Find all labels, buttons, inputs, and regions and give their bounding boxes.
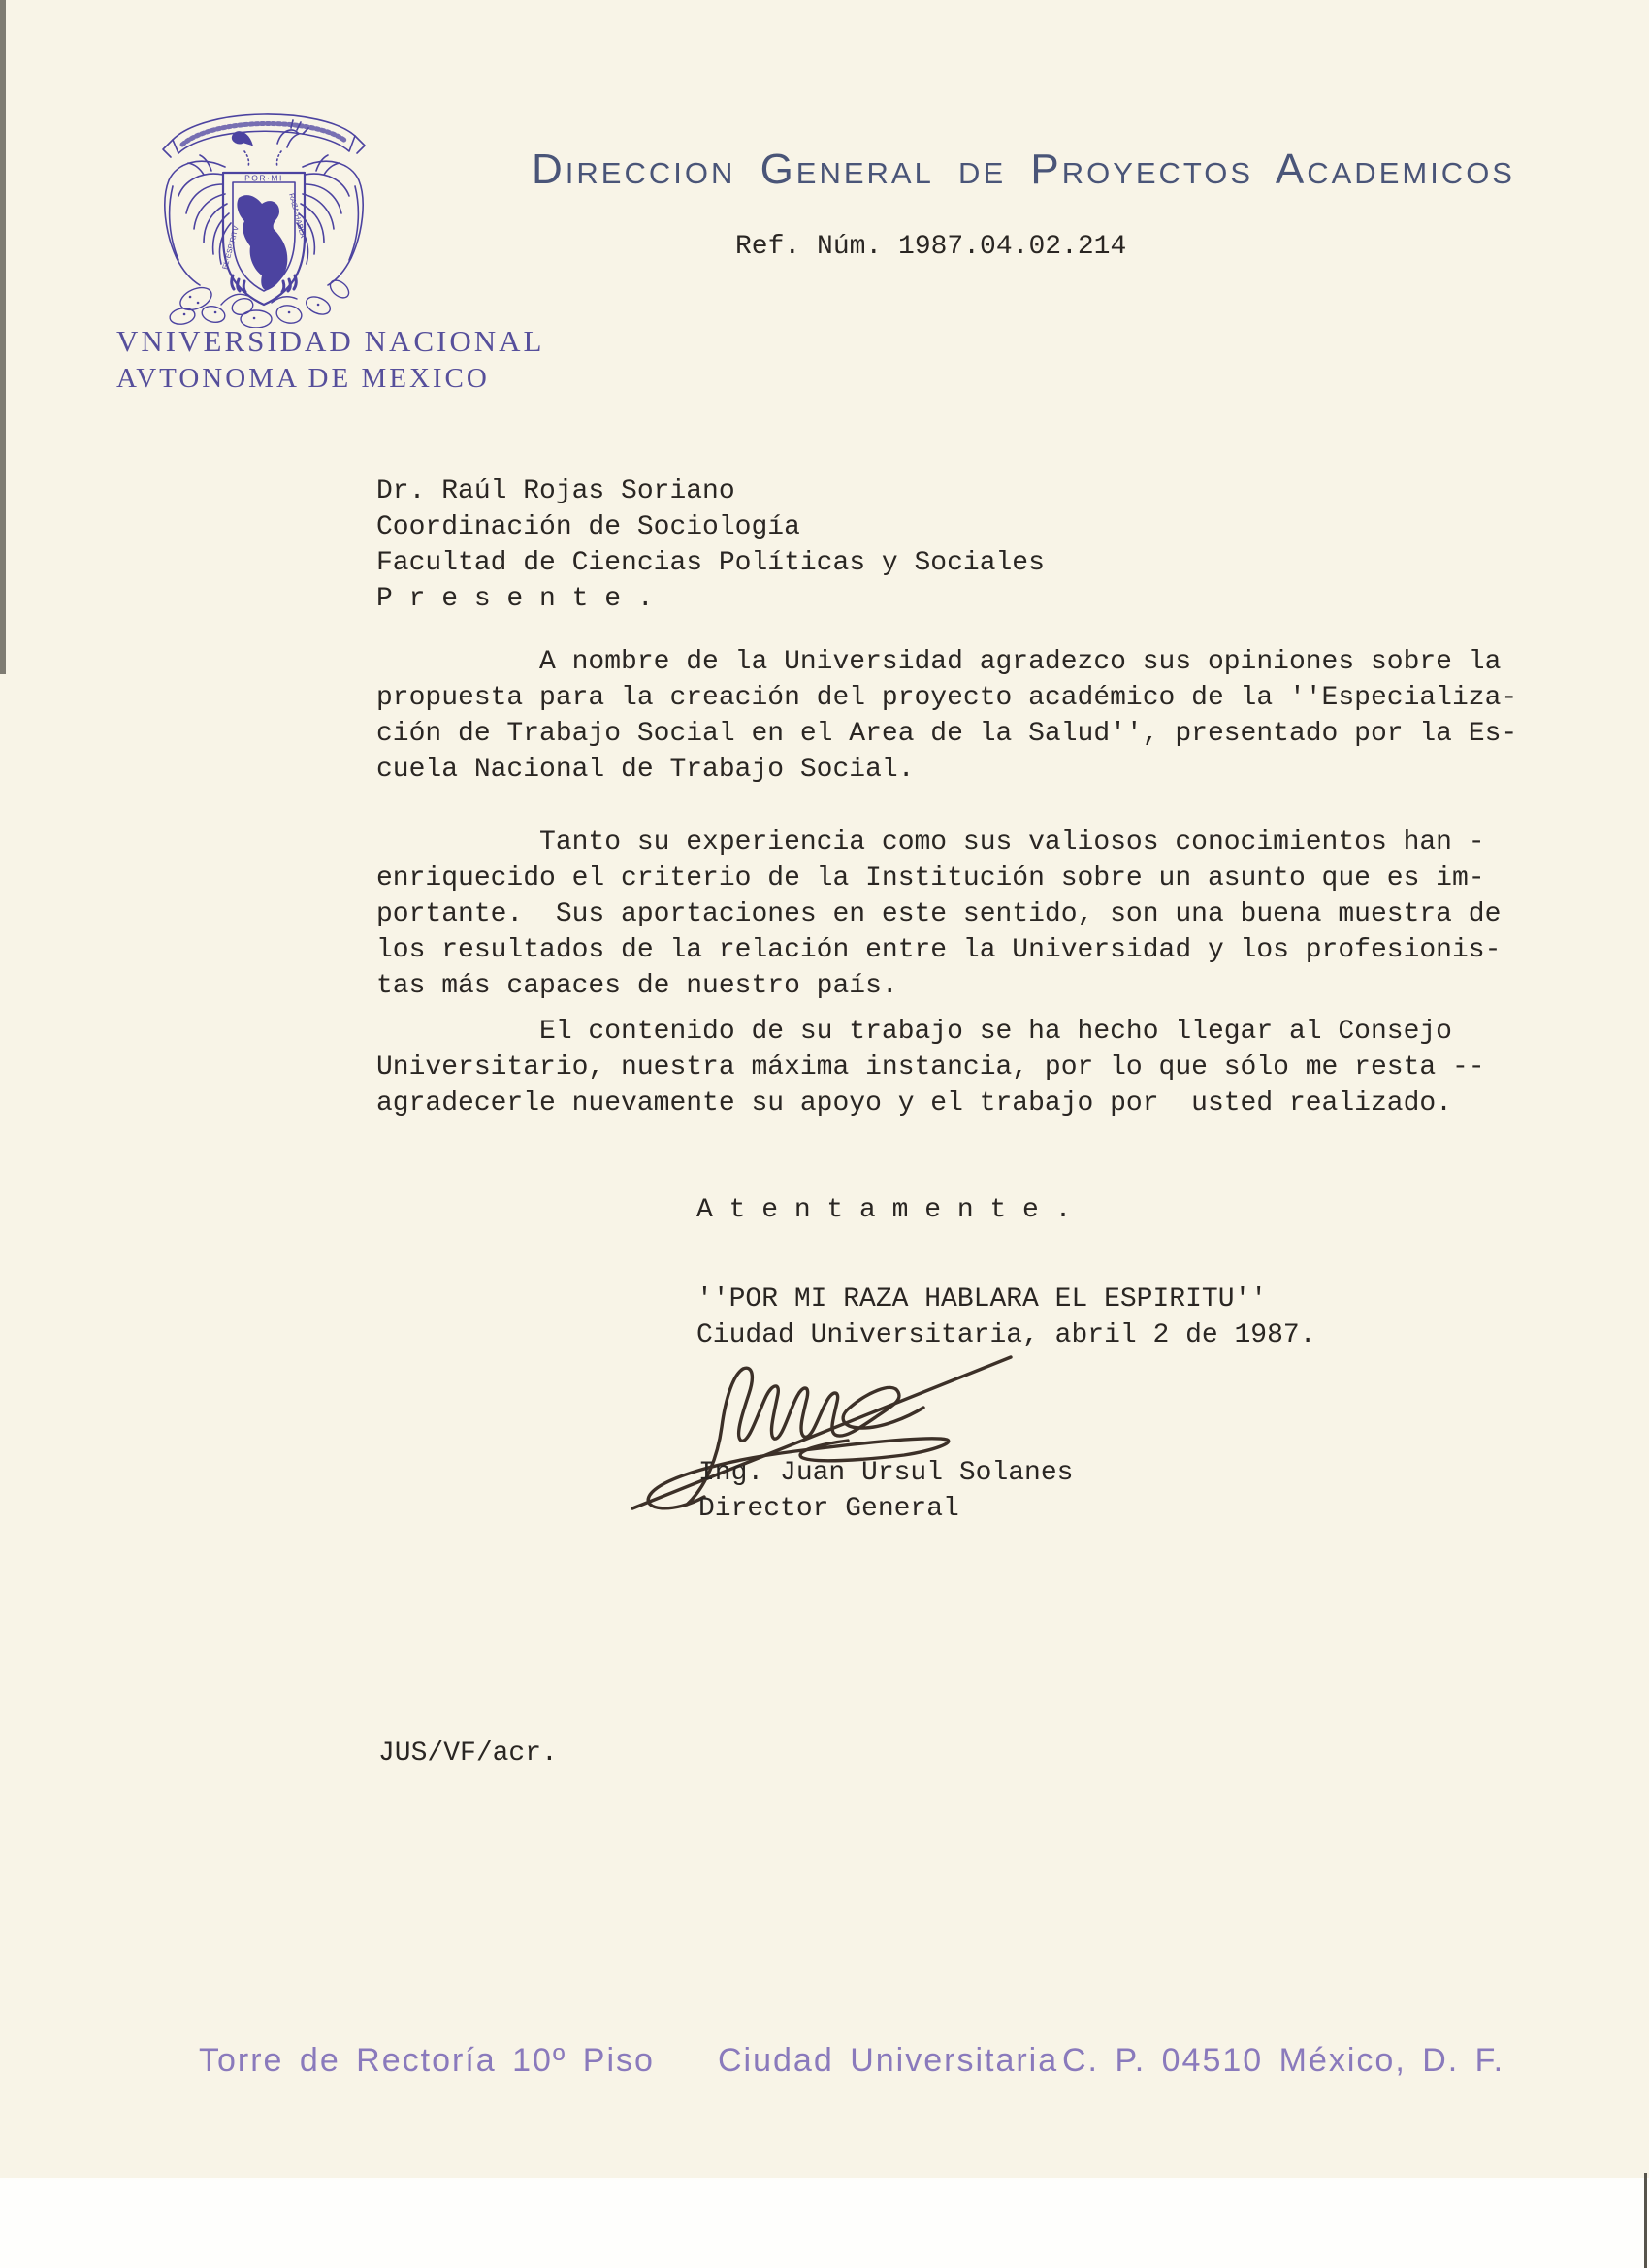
footer-campus: Ciudad Universitaria [718, 2042, 1058, 2080]
body-paragraph-3: El contenido de su trabajo se ha hecho l… [376, 1014, 1485, 1121]
scan-bottom-strip [0, 2178, 1649, 2268]
body-paragraph-2: Tanto su experiencia como sus valiosos c… [376, 825, 1501, 1004]
scanned-letter-page: POR·MI EL·ESPIRITV RAZA·HABLA VNIVERSIDA… [0, 0, 1649, 2268]
footer-building: Torre de Rectoría 10º Piso [199, 2042, 655, 2080]
unam-coat-of-arms-icon: POR·MI EL·ESPIRITV RAZA·HABLA [147, 85, 380, 328]
reference-number: Ref. Núm. 1987.04.02.214 [735, 229, 1126, 265]
scan-left-edge-artifact [0, 0, 6, 674]
signer-name: Ing. Juan Ursul Solanes [698, 1455, 1073, 1491]
typist-initials: JUS/VF/acr. [378, 1735, 558, 1771]
closing-motto: ''POR MI RAZA HABLARA EL ESPIRITU'' [696, 1281, 1267, 1317]
footer-postal: C. P. 04510 México, D. F. [1062, 2042, 1504, 2080]
university-name-line2: AVTONOMA DE MEXICO [116, 363, 412, 395]
university-name-line1: VNIVERSIDAD NACIONAL [116, 324, 417, 359]
crest-motto-top: POR·MI [244, 174, 283, 183]
closing-salutation: A t e n t a m e n t e . [696, 1192, 1071, 1228]
signer-title: Director General [698, 1491, 959, 1527]
body-paragraph-1: A nombre de la Universidad agradezco sus… [376, 644, 1517, 788]
scan-right-edge-artifact [1644, 2173, 1647, 2268]
recipient-block: Dr. Raúl Rojas Soriano Coordinación de S… [376, 473, 1045, 617]
department-title: Direccion General de Proyectos Academico… [532, 146, 1515, 194]
